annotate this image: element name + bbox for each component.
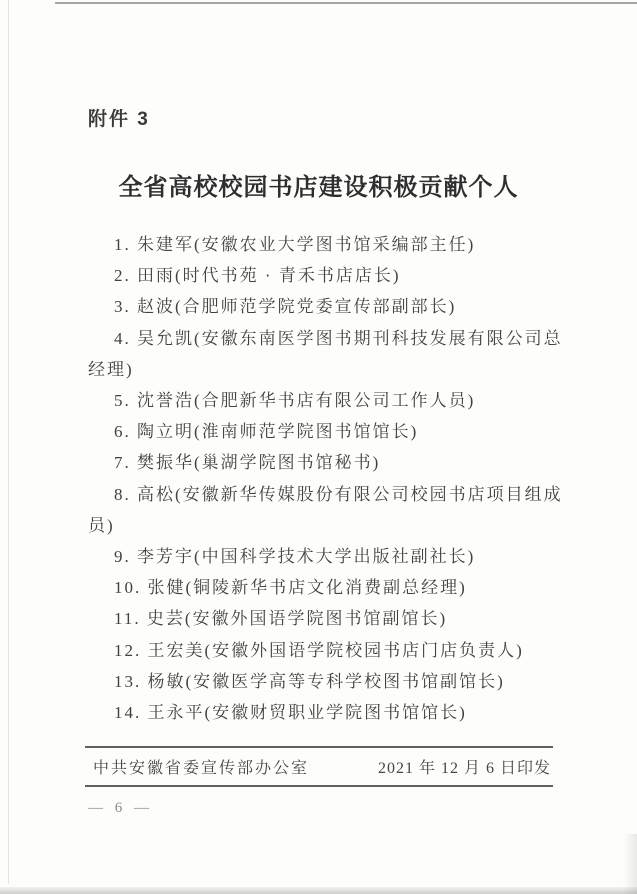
scan-edge-bottom [0, 887, 637, 894]
list-item: 8. 高松(安徽新华传媒股份有限公司校园书店项目组成 [88, 479, 560, 510]
list-item: 4. 吴允凯(安徽东南医学图书期刊科技发展有限公司总 [88, 323, 560, 354]
page-number: — 6 — [88, 800, 153, 817]
scan-shadow-right [623, 834, 637, 894]
list-item-wrapped-line: 经理) [88, 354, 560, 385]
list-item: 10. 张健(铜陵新华书店文化消费副总经理) [88, 572, 560, 603]
list-item: 6. 陶立明(淮南师范学院图书馆馆长) [88, 416, 560, 447]
list-item: 1. 朱建军(安徽农业大学图书馆采编部主任) [88, 229, 560, 260]
list-item-wrapped-line: 员) [88, 510, 560, 541]
list-item: 11. 史芸(安徽外国语学院图书馆副馆长) [88, 603, 560, 634]
list-item: 5. 沈誉浩(合肥新华书店有限公司工作人员) [88, 385, 560, 416]
list-item: 14. 王永平(安徽财贸职业学院图书馆馆长) [88, 697, 560, 728]
list-item: 12. 王宏美(安徽外国语学院校园书店门店负责人) [88, 635, 560, 666]
issuing-office: 中共安徽省委宣传部办公室 [85, 755, 309, 778]
list-item: 2. 田雨(时代书苑 · 青禾书店店长) [88, 260, 560, 291]
attachment-label: 附件 3 [88, 104, 150, 131]
page-title: 全省高校校园书店建设积极贡献个人 [0, 167, 637, 202]
scan-edge-left [8, 0, 9, 884]
print-date: 2021 年 12 月 6 日印发 [378, 755, 553, 778]
scan-edge-top [55, 2, 637, 4]
list-item: 3. 赵波(合肥师范学院党委宣传部副部长) [88, 291, 560, 322]
colophon: 中共安徽省委宣传部办公室 2021 年 12 月 6 日印发 [85, 746, 553, 787]
scanned-document-page: 附件 3 全省高校校园书店建设积极贡献个人 1. 朱建军(安徽农业大学图书馆采编… [0, 0, 637, 894]
list-item: 9. 李芳宇(中国科学技术大学出版社副社长) [88, 541, 560, 572]
list-item: 13. 杨敏(安徽医学高等专科学校图书馆副馆长) [88, 666, 560, 697]
contributor-list: 1. 朱建军(安徽农业大学图书馆采编部主任) 2. 田雨(时代书苑 · 青禾书店… [88, 229, 560, 728]
list-item: 7. 樊振华(巢湖学院图书馆秘书) [88, 447, 560, 478]
